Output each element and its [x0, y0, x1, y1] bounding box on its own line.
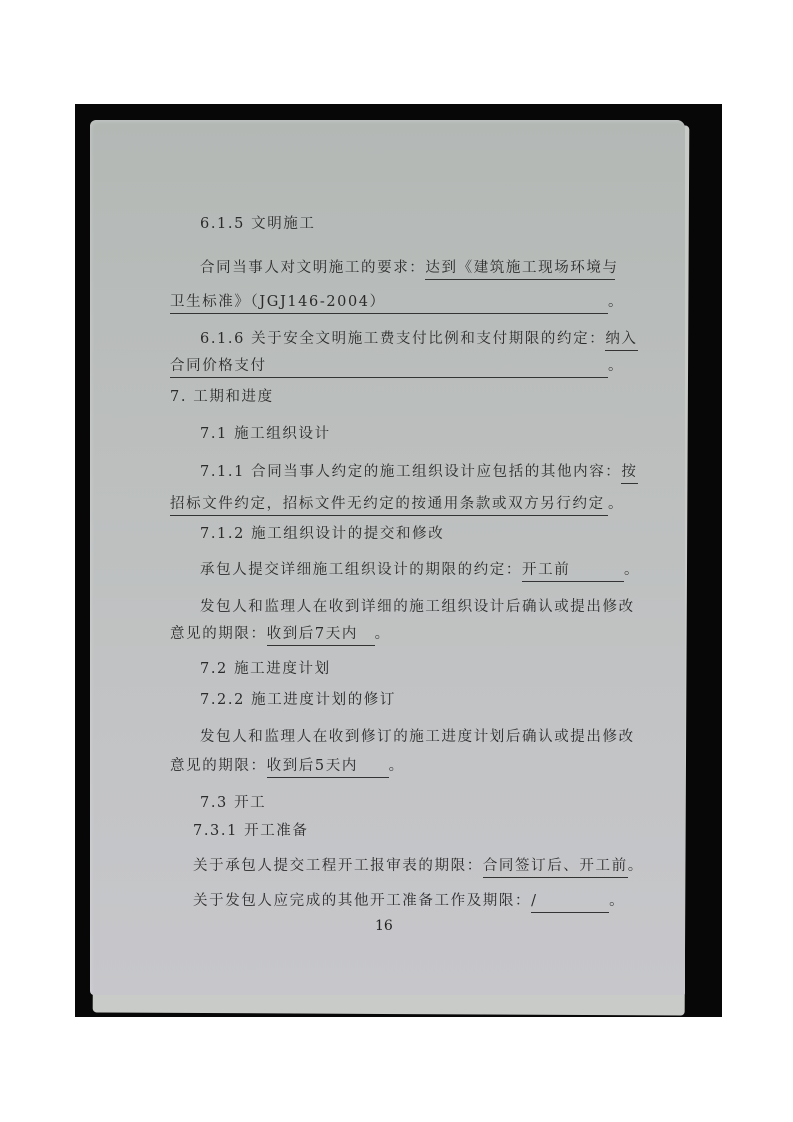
- paragraph-line: 发包人和监理人在收到修订的施工进度计划后确认或提出修改: [200, 727, 635, 747]
- filled-field: 达到《建筑施工现场环境与: [425, 258, 615, 280]
- section-heading: 7.1.2 施工组织设计的提交和修改: [200, 524, 444, 544]
- section-heading: 7.2 施工进度计划: [200, 659, 331, 679]
- paragraph-line: 意见的期限：收到后7天内。: [170, 624, 391, 646]
- paragraph-line: 合同价格支付。: [170, 356, 624, 378]
- section-heading: 7.1 施工组织设计: [200, 424, 331, 444]
- filled-field: 按: [621, 462, 637, 484]
- paragraph-line: 6.1.6 关于安全文明施工费支付比例和支付期限的约定：纳入: [200, 329, 638, 351]
- section-heading: 7.3.1 开工准备: [193, 821, 309, 841]
- paragraph-line: 承包人提交详细施工组织设计的期限的约定： 开工前。: [200, 560, 640, 582]
- filled-field: 合同价格支付: [170, 356, 608, 378]
- paragraph-line: 招标文件约定，招标文件无约定的按通用条款或双方另行约定。: [170, 494, 624, 516]
- filled-field: 收到后5天内: [267, 756, 389, 778]
- filled-field: 卫生标准》（JGJ146-2004）: [170, 292, 608, 314]
- section-heading: 7.2.2 施工进度计划的修订: [200, 690, 396, 710]
- filled-field: 合同签订后、开工前: [483, 856, 628, 878]
- filled-field: /: [531, 891, 609, 913]
- paragraph-line: 关于发包人应完成的其他开工准备工作及期限：/。: [193, 891, 625, 913]
- chapter-heading: 7. 工期和进度: [170, 387, 274, 407]
- paragraph-line: 发包人和监理人在收到详细的施工组织设计后确认或提出修改: [200, 597, 635, 617]
- filled-field: 纳入: [605, 329, 637, 351]
- page-number: 16: [375, 918, 393, 934]
- paragraph-line: 意见的期限： 收到后5天内。: [170, 756, 405, 778]
- filled-field: 收到后7天内: [267, 624, 375, 646]
- filled-field: 开工前: [522, 560, 624, 582]
- section-heading: 6.1.5 文明施工: [200, 214, 316, 234]
- paragraph-line: 关于承包人提交工程开工报审表的期限：合同签订后、开工前。: [193, 856, 644, 878]
- paragraph-line: 合同当事人对文明施工的要求： 达到《建筑施工现场环境与: [200, 258, 615, 280]
- section-heading: 7.3 开工: [200, 793, 266, 813]
- filled-field: 招标文件约定，招标文件无约定的按通用条款或双方另行约定: [170, 494, 608, 516]
- paragraph-line: 卫生标准》（JGJ146-2004）。: [170, 292, 624, 314]
- paragraph-line: 7.1.1 合同当事人约定的施工组织设计应包括的其他内容：按: [200, 462, 638, 484]
